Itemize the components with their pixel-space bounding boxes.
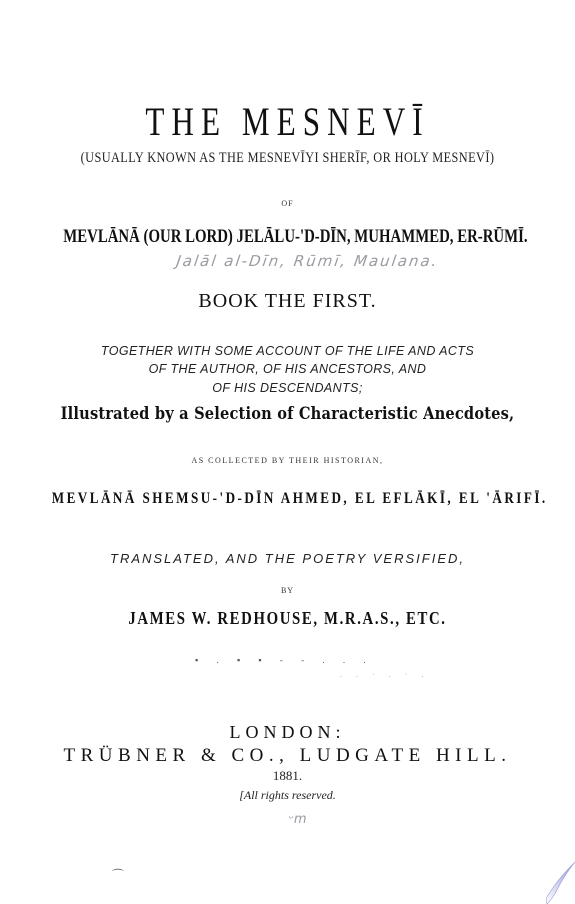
handwritten-note: Jalāl al-Dīn, Rūmī, Maulana. (19, 252, 575, 270)
scan-specks: ▪ . ▪ ▪ - - . . . (195, 655, 374, 665)
description-line-1: TOGETHER WITH SOME ACCOUNT OF THE LIFE A… (0, 344, 575, 358)
translated-line: TRANSLATED, AND THE POETRY VERSIFIED, (0, 551, 575, 566)
description-line-3: OF HIS DESCENDANTS; (0, 381, 575, 395)
historian-name: MEVLĀNĀ SHEMSU-'D-DĪN AHMED, EL EFLĀKĪ, … (52, 490, 524, 508)
publication-year: 1881. (0, 768, 575, 784)
page-curl-icon[interactable] (535, 860, 575, 904)
scan-specks-faint: . . · . · . (340, 670, 429, 679)
author-name: MEVLĀNĀ (OUR LORD) JELĀLU-'D-DĪN, MUHAMM… (63, 226, 512, 248)
book-subtitle: (USUALLY KNOWN AS THE MESNEVĪYI SHERĪF, … (52, 150, 524, 167)
collected-line: AS COLLECTED BY THEIR HISTORIAN, (0, 456, 575, 465)
description-line-2: OF THE AUTHOR, OF HIS ANCESTORS, AND (0, 362, 575, 376)
scan-mark: ⌒ (112, 866, 124, 883)
book-title: THE MESNEVĪ (63, 98, 512, 145)
illustrated-line: Illustrated by a Selection of Characteri… (40, 404, 535, 424)
publisher-name: TRÜBNER & CO., LUDGATE HILL. (0, 745, 575, 767)
publisher-city: LONDON: (0, 722, 575, 743)
translator-name: JAMES W. REDHOUSE, M.R.A.S., ETC. (52, 608, 524, 629)
handwritten-mark: ᵕm (10, 812, 575, 827)
book-number: BOOK THE FIRST. (0, 290, 575, 313)
by-label: BY (0, 586, 575, 595)
of-label: OF (0, 199, 575, 208)
rights-notice: [All rights reserved. (0, 788, 575, 803)
